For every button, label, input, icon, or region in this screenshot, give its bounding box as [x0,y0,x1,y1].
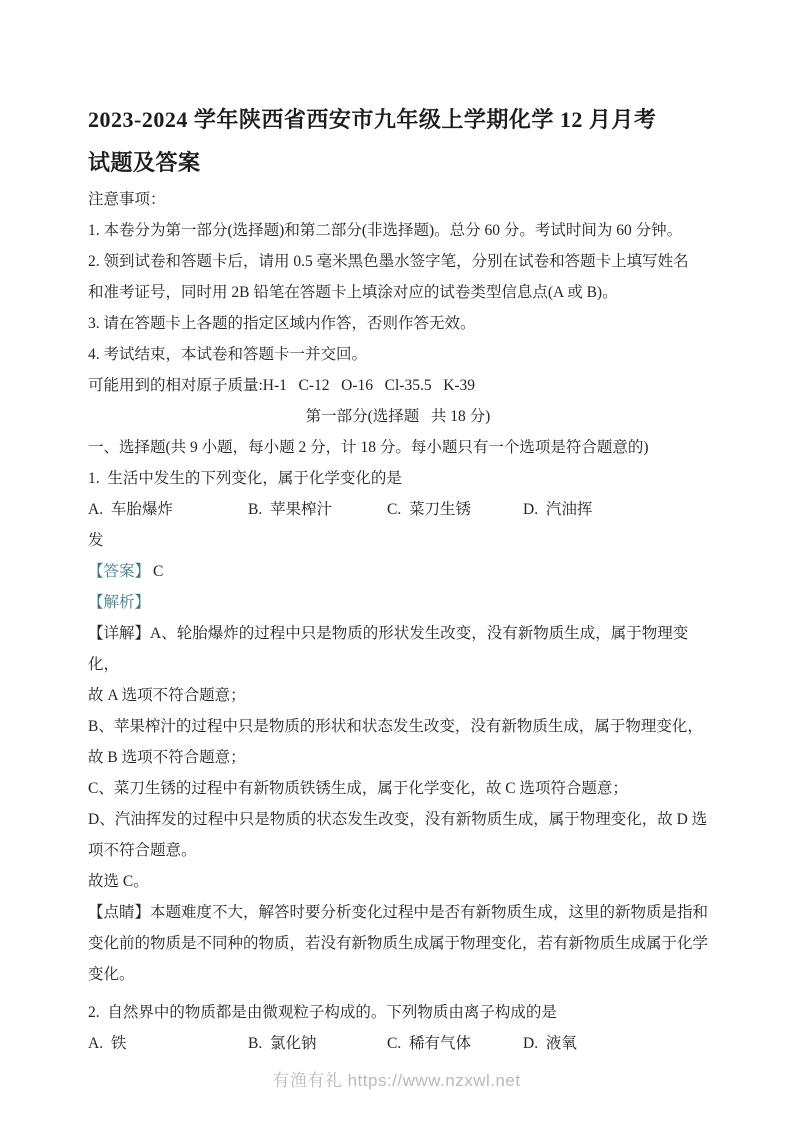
question-2-option-a: A. 铁 [88,1028,248,1059]
detail-line: 故 B 选项不符合题意； [88,742,708,773]
question-1-option-b: B. 苹果榨汁 [248,494,387,525]
title-line-2: 试题及答案 [88,141,708,184]
point-line: 变化前的物质是不同种的物质，若没有新物质生成属于物理变化，若有新物质生成属于化学 [88,928,708,959]
analysis-label: 【解析】 [88,594,150,611]
point-line: 【点睛】本题难度不大，解答时要分析变化过程中是否有新物质生成，这里的新物质是指和 [88,897,708,928]
detail-line: 项不符合题意。 [88,835,708,866]
notice-item-3: 3. 请在答题卡上各题的指定区域内作答，否则作答无效。 [88,308,708,339]
detail-line: 【详解】A、轮胎爆炸的过程中只是物质的形状发生改变，没有新物质生成，属于物理变化… [88,618,708,680]
document-content: 2023-2024 学年陕西省西安市九年级上学期化学 12 月月考 试题及答案 … [88,98,708,1059]
atomic-mass-line: 可能用到的相对原子质量:H-1 C-12 O-16 Cl-35.5 K-39 [88,370,708,401]
question-1-option-d-wrap: 发 [88,525,708,556]
notice-item-4: 4. 考试结束，本试卷和答题卡一并交回。 [88,339,708,370]
question-2-option-d: D. 液氧 [523,1028,708,1059]
question-1-option-a: A. 车胎爆炸 [88,494,248,525]
answer-label: 【答案】 [88,563,150,580]
answer-value: C [150,563,163,580]
detail-line: B、苹果榨汁的过程中只是物质的形状和状态发生改变，没有新物质生成，属于物理变化， [88,711,708,742]
answer-line: 【答案】C [88,556,708,587]
notice-item-2-line-1: 2. 领到试卷和答题卡后，请用 0.5 毫米黑色墨水签字笔，分别在试卷和答题卡上… [88,246,708,277]
document-title: 2023-2024 学年陕西省西安市九年级上学期化学 12 月月考 试题及答案 [88,98,708,184]
title-line-1: 2023-2024 学年陕西省西安市九年级上学期化学 12 月月考 [88,98,708,141]
question-1: 1. 生活中发生的下列变化，属于化学变化的是 A. 车胎爆炸 B. 苹果榨汁 C… [88,463,708,990]
question-2-stem: 2. 自然界中的物质都是由微观粒子构成的。下列物质由离子构成的是 [88,997,708,1028]
question-2-option-c: C. 稀有气体 [387,1028,523,1059]
part1-heading: 第一部分(选择题 共 18 分) [88,401,708,432]
watermark-footer: 有渔有礼 https://www.nzxwl.net [0,1066,793,1091]
notice-heading: 注意事项： [88,184,708,215]
section1-heading: 一、选择题(共 9 小题，每小题 2 分，计 18 分。每小题只有一个选项是符合… [88,432,708,463]
question-1-option-c: C. 菜刀生锈 [387,494,523,525]
analysis-line: 【解析】 [88,587,708,618]
detail-line: 故选 C。 [88,866,708,897]
question-1-option-d: D. 汽油挥 [523,494,708,525]
question-1-options: A. 车胎爆炸 B. 苹果榨汁 C. 菜刀生锈 D. 汽油挥 [88,494,708,525]
question-2: 2. 自然界中的物质都是由微观粒子构成的。下列物质由离子构成的是 A. 铁 B.… [88,997,708,1059]
notice-item-1: 1. 本卷分为第一部分(选择题)和第二部分(非选择题)。总分 60 分。考试时间… [88,215,708,246]
notice-item-2-line-2: 和准考证号，同时用 2B 铅笔在答题卡上填涂对应的试卷类型信息点(A 或 B)。 [88,277,708,308]
detail-line: D、汽油挥发的过程中只是物质的状态发生改变，没有新物质生成，属于物理变化，故 D… [88,804,708,835]
question-1-stem: 1. 生活中发生的下列变化，属于化学变化的是 [88,463,708,494]
point-line: 变化。 [88,959,708,990]
detail-line: C、菜刀生锈的过程中有新物质铁锈生成，属于化学变化，故 C 选项符合题意； [88,773,708,804]
exam-document-page: 2023-2024 学年陕西省西安市九年级上学期化学 12 月月考 试题及答案 … [0,0,793,1122]
question-2-options: A. 铁 B. 氯化钠 C. 稀有气体 D. 液氧 [88,1028,708,1059]
detail-line: 故 A 选项不符合题意； [88,680,708,711]
question-2-option-b: B. 氯化钠 [248,1028,387,1059]
